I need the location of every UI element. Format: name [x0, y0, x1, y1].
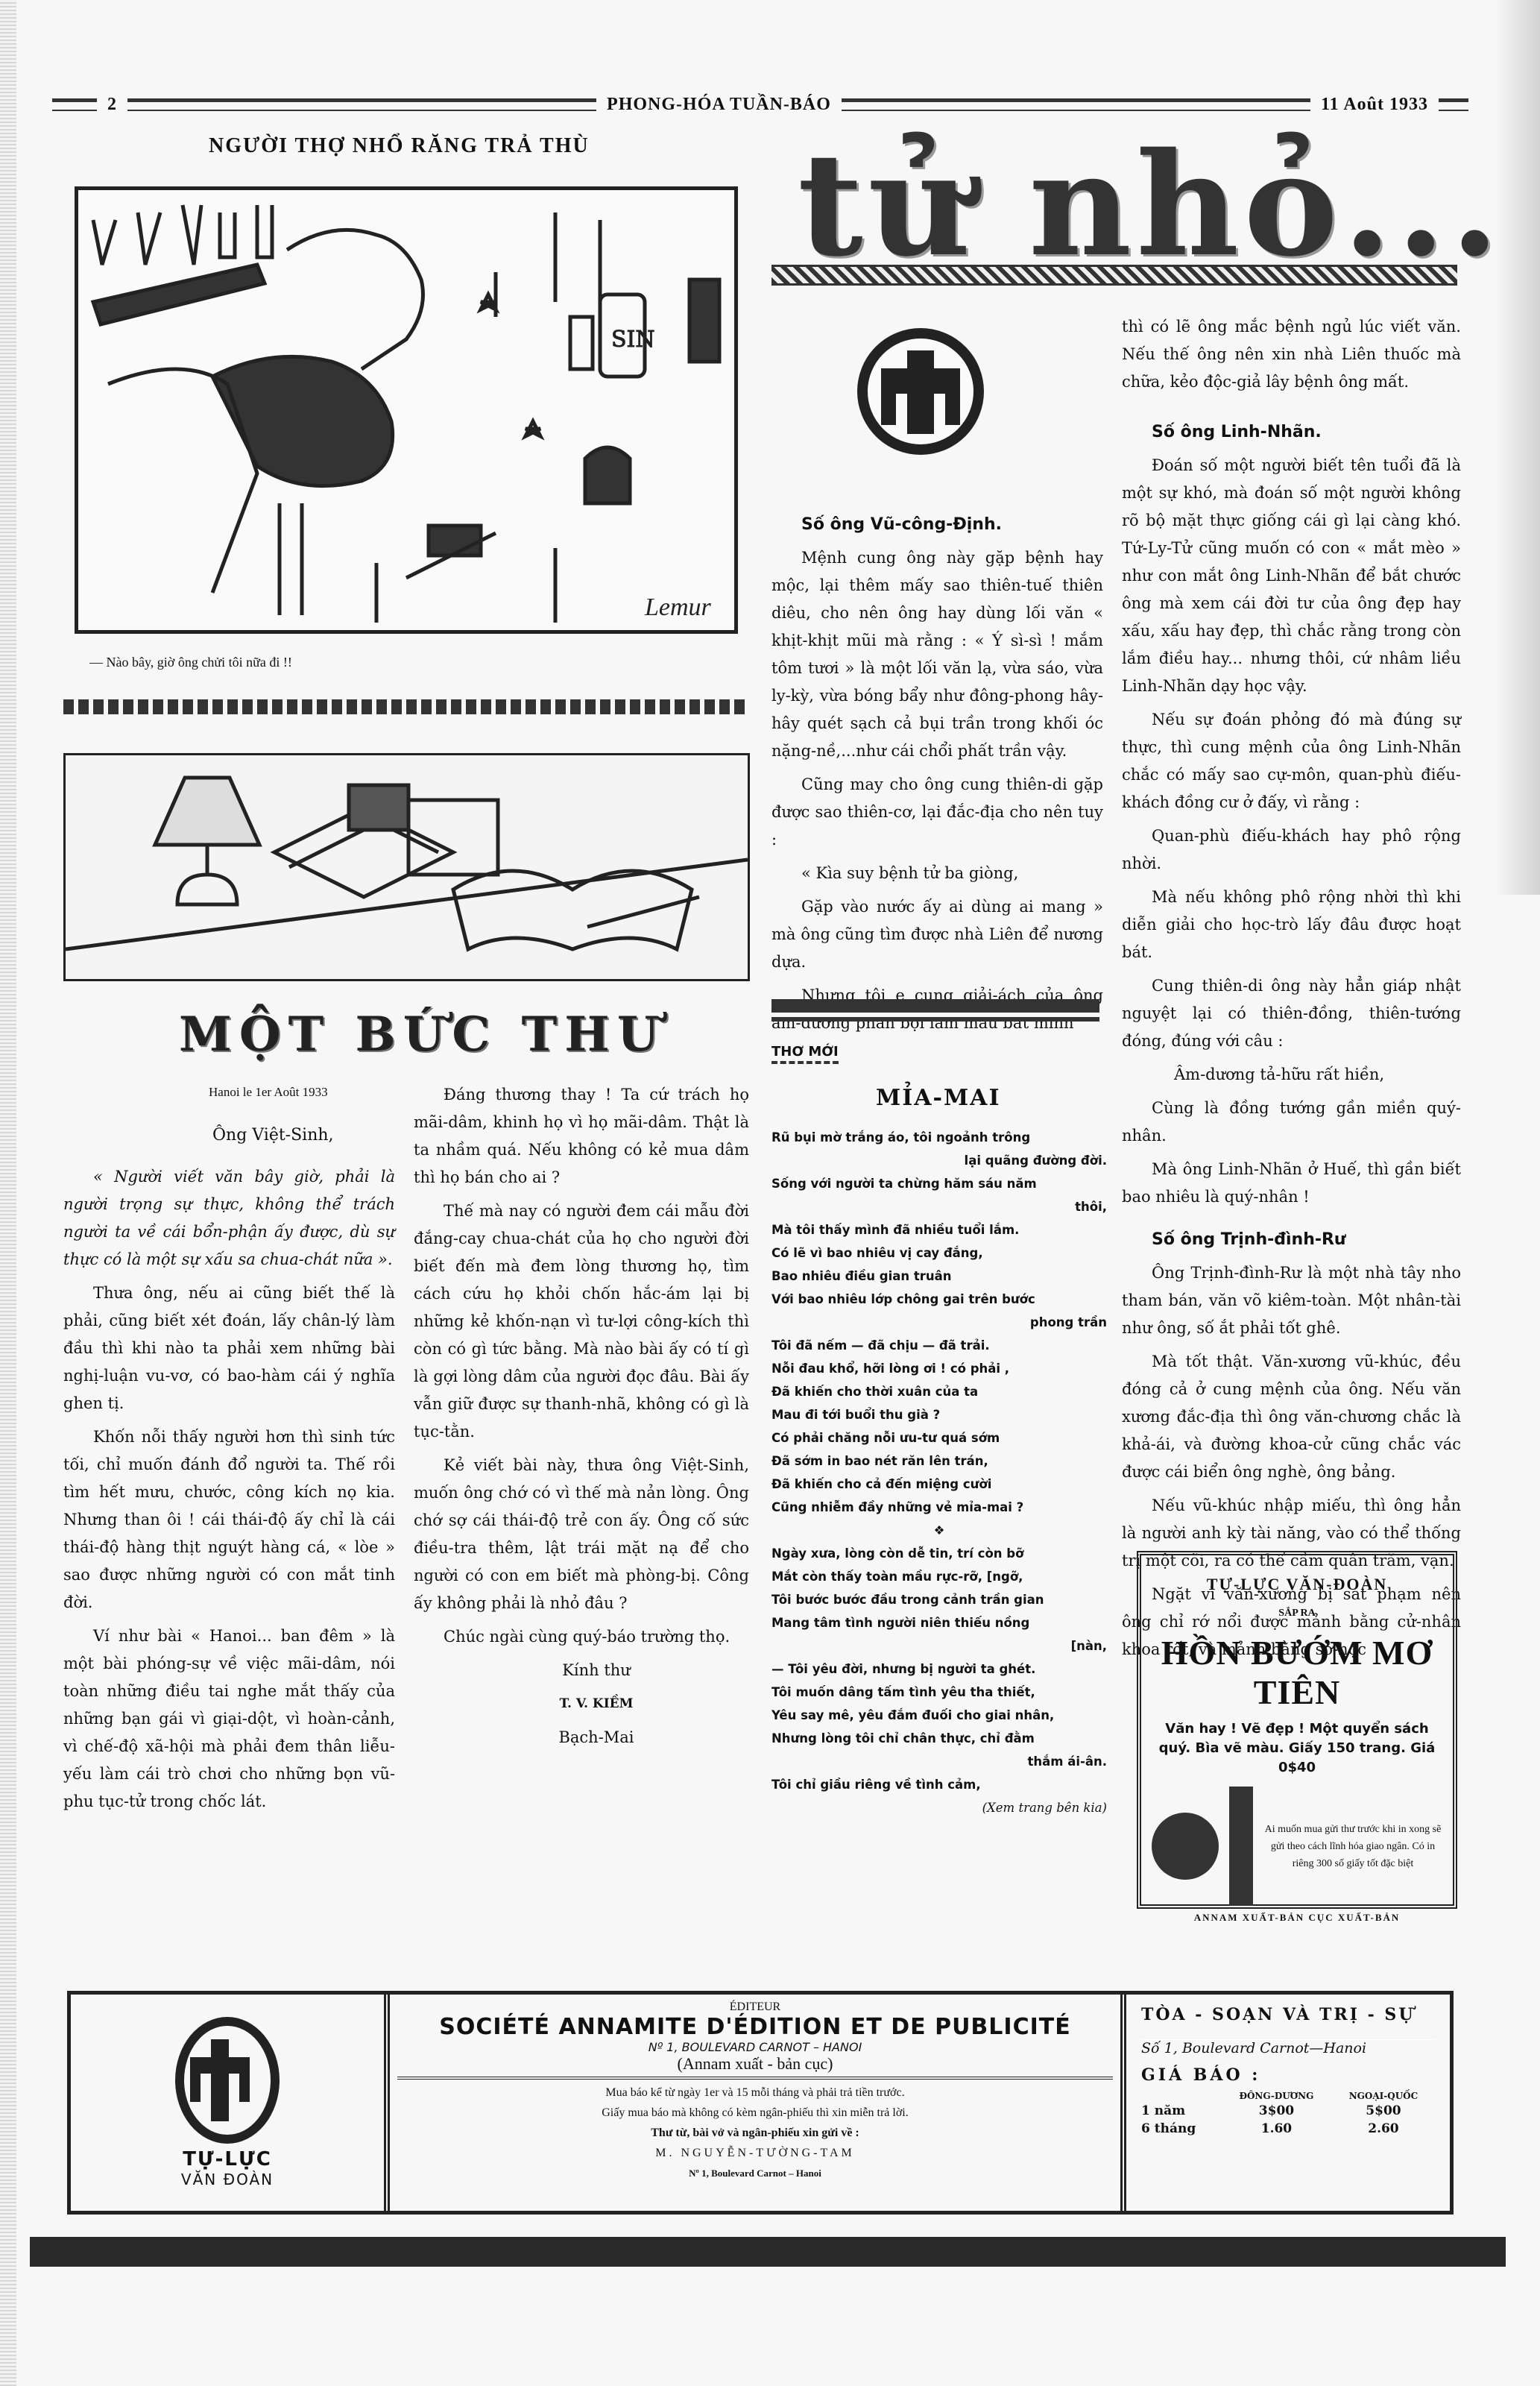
poem-line: Rũ bụi mờ trắng áo, tôi ngoảnh trông [771, 1126, 1107, 1149]
poem-line: Đã khiến cho thời xuân của ta [771, 1380, 1107, 1403]
letter-closing: Kính thư [414, 1657, 749, 1684]
ad-publisher: ANNAM XUẤT-BẢN CỤC XUẤT-BẢN [1141, 1912, 1453, 1924]
price-label: GIÁ BÁO : [1141, 2065, 1435, 2085]
section-paragraph: Mệnh cung ông này gặp bệnh hay mộc, lại … [771, 544, 1103, 765]
paper-name: PHONG-HÓA TUẦN-BÁO [607, 95, 831, 115]
poem-line: Mau đi tới buổi thu già ? [771, 1403, 1107, 1426]
poem-line: Có phải chăng nỗi ưu-tư quá sớm [771, 1426, 1107, 1449]
poem-line: Tôi muốn dâng tấm tình yêu tha thiết, [771, 1681, 1107, 1704]
header-rule [1439, 98, 1468, 111]
issue-date: 11 Août 1933 [1321, 95, 1428, 115]
price-row: 6 tháng 1.60 2.60 [1141, 2120, 1435, 2138]
ad-book-title: HỒN BƯỚM MƠ TIÊN [1141, 1633, 1453, 1712]
section-paragraph: Gặp vào nước ấy ai dùng ai mang » mà ông… [771, 893, 1103, 976]
poem-line-cont: thắm ái-ân. [771, 1750, 1107, 1773]
header-rule [842, 98, 1310, 111]
price-col-header: ĐÔNG-DƯƠNG [1221, 2088, 1332, 2102]
poem-line: — Tôi yêu đời, nhưng bị người ta ghét. [771, 1658, 1107, 1681]
section-heading: Số ông Linh-Nhãn. [1122, 418, 1461, 446]
scan-bottom-shadow [30, 2237, 1506, 2267]
cartoon-signature: Lemur [644, 594, 712, 621]
horoscope-column-2: thì có lẽ ông mắc bệnh ngủ lúc viết văn.… [1122, 313, 1461, 1669]
subscription-info: Giấy mua báo mà không có kèm ngân-phiếu … [390, 2103, 1120, 2123]
society-name: SOCIÉTÉ ANNAMITE D'ÉDITION ET DE PUBLICI… [390, 2014, 1120, 2040]
poem-line-cont: thôi, [771, 1195, 1107, 1218]
director-name: M. NGUYỄN-TƯỜNG-TAM [390, 2143, 1120, 2163]
letter-paragraph: Ví như bài « Hanoi... ban đêm » là một b… [63, 1622, 395, 1816]
letter-paragraph: Thưa ông, nếu ai cũng biết thế là phải, … [63, 1279, 395, 1417]
poem-line: Đã sớm in bao nét răn lên trán, [771, 1449, 1107, 1473]
ornamental-divider [63, 699, 749, 714]
desk-illustration [63, 753, 750, 981]
letter-paragraph: Chúc ngài cùng quý-báo trường thọ. [414, 1623, 749, 1651]
page-edge-left [0, 0, 16, 2386]
letter-signer: T. V. KIỀM [414, 1690, 749, 1718]
ad-coming-soon: SẮP RA [1141, 1608, 1453, 1619]
poem-line-cont: lại quãng đường đời. [771, 1149, 1107, 1172]
section-paragraph: thì có lẽ ông mắc bệnh ngủ lúc viết văn.… [1122, 313, 1461, 396]
page-header: 2 PHONG-HÓA TUẦN-BÁO 11 Août 1933 [52, 89, 1468, 119]
section-paragraph: Mà tốt thật. Văn-xương vũ-khúc, đều đóng… [1122, 1348, 1461, 1486]
svg-text:SIN: SIN [611, 327, 655, 353]
logo-name-2: VĂN ĐOÀN [181, 2171, 274, 2188]
letter-salutation: Ông Việt-Sinh, [212, 1126, 334, 1145]
section-paragraph: Đoán số một người biết tên tuổi đã là mộ… [1122, 452, 1461, 700]
letter-column-2: Đáng thương thay ! Ta cứ trách họ mãi-dâ… [414, 1081, 749, 1757]
price-row: 1 năm 3$00 5$00 [1141, 2102, 1435, 2120]
cartoon-title: NGƯỜI THỢ NHỔ RĂNG TRẢ THÙ [209, 134, 590, 158]
section-paragraph: Cũng may cho ông cung thiên-di gặp được … [771, 771, 1103, 854]
section-paragraph: Mà nếu không phô rộng nhời thì khi diễn … [1122, 884, 1461, 966]
section-paragraph: Mà ông Linh-Nhãn ở Huế, thì gần biết bao… [1122, 1156, 1461, 1211]
price-col-header: NGOẠI-QUỐC [1332, 2088, 1435, 2102]
editeur-label: ÉDITEUR [390, 2001, 1120, 2014]
letter-paragraph: Thế mà nay có người đem cái mẫu đời đắng… [414, 1197, 749, 1446]
ad-note: Ai muốn mua gửi thư trước khi in xong sẽ… [1263, 1821, 1442, 1872]
logo-name: TỰ-LỰC [183, 2148, 272, 2171]
letter-column-1: « Người viết văn bây giờ, phải là người … [63, 1163, 395, 1822]
section-divider [771, 999, 1099, 1017]
horoscope-column-1: Số ông Vũ-công-Định. Mệnh cung ông này g… [771, 511, 1103, 1043]
section-paragraph: Nếu sự đoán phỏng đó mà đúng sự thực, th… [1122, 706, 1461, 816]
poem-line: Mắt còn thấy toàn mầu rực-rỡ, [ngỡ, [771, 1565, 1107, 1588]
dentist-cartoon-icon: SIN Lemur [78, 190, 734, 630]
poem-line-cont: [nàn, [771, 1634, 1107, 1658]
poem-line: Yêu say mê, yêu đắm đuối cho giai nhân, [771, 1704, 1107, 1727]
poem-line: Đã khiến cho cả đến miệng cười [771, 1473, 1107, 1496]
poem-line: Tôi bước bước đầu trong cảnh trần gian [771, 1588, 1107, 1611]
ad-organization: TỰ-LỰC VĂN-ĐOÀN [1141, 1575, 1453, 1594]
director-address: Nº 1, Boulevard Carnot – Hanoi [390, 2163, 1120, 2183]
subscription-info: Thư từ, bài vở và ngân-phiếu xin gửi về … [390, 2123, 1120, 2143]
poem-line: Tôi chỉ giầu riêng về tình cảm, [771, 1773, 1107, 1796]
poem-line: Tôi đã nếm — đã chịu — đã trải. [771, 1334, 1107, 1357]
poem-line: Mà tôi thấy mình đã nhiều tuổi lắm. [771, 1218, 1107, 1241]
ornament-bar-icon [1229, 1787, 1253, 1906]
page-number: 2 [107, 95, 117, 115]
poem-line: Mang tâm tình người niên thiếu nồng [771, 1611, 1107, 1634]
letter-place: Bạch-Mai [414, 1724, 749, 1751]
poem-body: Rũ bụi mờ trắng áo, tôi ngoảnh trông lại… [771, 1126, 1107, 1819]
poem-line: Có lẽ vì bao nhiêu vị cay đắng, [771, 1241, 1107, 1265]
poem-line: Ngày xưa, lòng còn dễ tin, trí còn bỡ [771, 1542, 1107, 1565]
annam-label: (Annam xuất - bản cục) [397, 2054, 1113, 2080]
header-rule [127, 98, 596, 111]
poem-line: Sống với người ta chừng hăm sáu năm [771, 1172, 1107, 1195]
poem-section-label: THƠ MỚI [771, 1044, 839, 1064]
ad-description: Văn hay ! Vẽ đẹp ! Một quyển sách quý. B… [1152, 1719, 1442, 1778]
book-advertisement: TỰ-LỰC VĂN-ĐOÀN SẮP RA HỒN BƯỚM MƠ TIÊN … [1137, 1551, 1457, 1909]
wavy-divider [771, 265, 1457, 286]
poem-line: Với bao nhiêu lớp chông gai trên bước [771, 1288, 1107, 1311]
poem-title: MỈA-MAI [876, 1085, 1001, 1111]
price-table: ĐÔNG-DƯƠNG NGOẠI-QUỐC 1 năm 3$00 5$00 6 … [1141, 2088, 1435, 2138]
section-heading: Số ông Trịnh-đình-Rư [1122, 1226, 1461, 1253]
section-paragraph: Cung thiên-di ông này hẳn giáp nhật nguy… [1122, 972, 1461, 1055]
ornament-icon: ❖ [771, 1519, 1107, 1542]
society-address: Nº 1, BOULEVARD CARNOT – HANOI [390, 2040, 1120, 2054]
letter-paragraph: Đáng thương thay ! Ta cứ trách họ mãi-dâ… [414, 1081, 749, 1192]
section-paragraph: Quan-phù điếu-khách hay phô rộng nhời. [1122, 822, 1461, 878]
tu-luc-logo-icon [175, 2017, 280, 2144]
section-paragraph: Ông Trịnh-đình-Rư là một nhà tây nho tha… [1122, 1259, 1461, 1342]
continued-note: (Xem trang bên kia) [771, 1796, 1107, 1819]
letter-paragraph: Kẻ viết bài này, thưa ông Việt-Sinh, muố… [414, 1452, 749, 1617]
office-title: TÒA - SOẠN VÀ TRỊ - SỰ [1141, 2005, 1435, 2024]
office-address: Số 1, Boulevard Carnot—Hanoi [1141, 2039, 1435, 2056]
poem-line: Nhưng lòng tôi chỉ chân thực, chỉ đằm [771, 1727, 1107, 1750]
poem-line-cont: phong trần [771, 1311, 1107, 1334]
cartoon-illustration: SIN Lemur [75, 186, 738, 634]
poem-line: Nỗi đau khổ, hỡi lòng ơi ! có phải , [771, 1357, 1107, 1380]
ornament-ball-icon [1152, 1813, 1219, 1880]
letter-date: Hanoi le 1er Août 1933 [209, 1085, 328, 1100]
subscription-info: Mua báo kể từ ngày 1er và 15 mỗi tháng v… [390, 2083, 1120, 2103]
poem-line: Cũng nhiễm đầy những vẻ mỉa-mai ? [771, 1496, 1107, 1519]
cartoon-caption: — Nào bây, giờ ông chửi tôi nữa đi !! [89, 655, 292, 670]
letter-quote: « Người viết văn bây giờ, phải là người … [63, 1163, 395, 1274]
letter-paragraph: Khốn nỗi thấy người hơn thì sinh tức tối… [63, 1423, 395, 1617]
header-rule [52, 98, 97, 111]
verse-line: Âm-dương tả-hữu rất hiền, [1122, 1061, 1461, 1089]
verse-line: Cùng là đồng tướng gần miền quý-nhân. [1122, 1095, 1461, 1150]
column-heading: tử nhỏ... [798, 134, 1504, 276]
tu-luc-logo-icon [857, 328, 984, 455]
masthead-footer: TỰ-LỰC VĂN ĐOÀN ÉDITEUR SOCIÉTÉ ANNAMITE… [67, 1991, 1454, 2215]
section-heading: Số ông Vũ-công-Định. [771, 511, 1103, 538]
poem-line: Bao nhiêu điều gian truân [771, 1265, 1107, 1288]
verse-line: « Kìa suy bệnh tử ba giòng, [771, 860, 1103, 887]
desk-lamp-books-icon [66, 755, 748, 979]
letter-title: MỘT BỨC THƯ [179, 1007, 666, 1063]
